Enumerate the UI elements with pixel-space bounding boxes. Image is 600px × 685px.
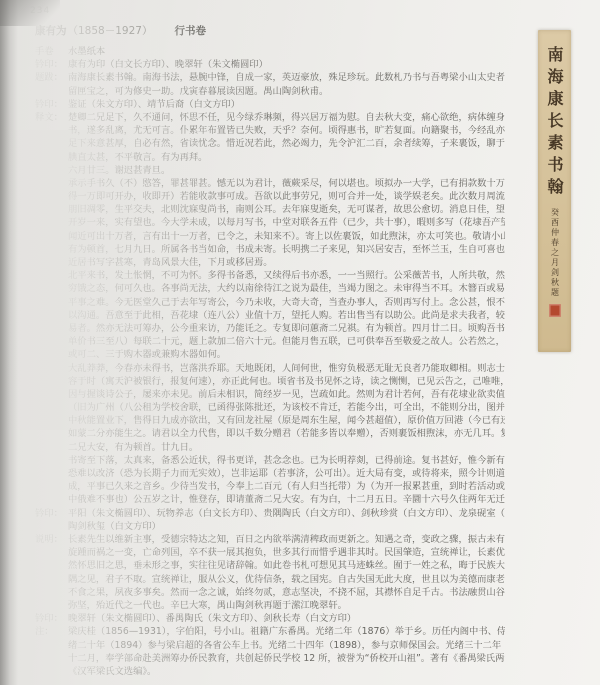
text-line: 容于时（寓天沪被银行，报复何速），亦正此何也。顷省书及书见怀之诗，读之恻恻，已见… [68, 375, 505, 388]
text-line: 因与握谈诗公子，屡来亦未见。前后未相识，简经岁一见，岂疏如此。然则为君计若何，吾… [68, 388, 505, 401]
title-slip-photo: 南海康长素书翰 癸酉仲春之月剑秋题 [538, 30, 571, 352]
text-line: 中秋能置业下，售得日九成亦欲出，又有回龙社屋（原是周东生屋，闻今甚超值），原价值… [68, 414, 505, 427]
text-line: 平事之难。今无医堂久己于去年写寄公，今乃未收，大奇大奇，当查办事人，否则再写付上… [68, 296, 505, 309]
text-line: 水墨纸本 [68, 45, 505, 58]
scan-gutter-shadow [0, 0, 18, 685]
paragraph-label: 钤印： [35, 58, 68, 71]
text-line: 然怀思旧之思，垂未形之事，实往往见诸辞翰。如此卷书札可想见其马迹蛛丝。囿于一姓之… [68, 559, 505, 572]
paragraph-label: 钤印： [35, 98, 68, 111]
text-line: （旧为广州（八公租为学校舍联，已函得张陈批还，为该校不肯迁，若能今出，可全出，不… [68, 401, 505, 414]
entry-paragraph: 钤印：鉴证（朱文方印）、靖节后裔（白文方印） [35, 98, 505, 111]
paragraph-label: 手卷 [35, 45, 68, 58]
entry-paragraph: 钤印：晚翠轩（朱文椭圆印）、番禺陶氏（朱文方印）、剑秋长寿（白文方印） [35, 612, 505, 625]
text-line: 旋踵而祸之一变，亡命列国，卒不获一展其抱负，世多其行而惜乎遇非其时。民国肇造，宣… [68, 546, 505, 559]
text-line: 得一万即可开办，收即开）若能收款事可成。吾欲以此事劳兄，则可合并一处，谈学娱老矣… [68, 190, 505, 203]
slip-colophon-inscription: 癸酉仲春之月剑秋题 [547, 208, 563, 298]
text-line: 承示手书久（不）愍答，罪甚罪甚。憾无以为君计，薇蕨采尽，何以堪也。顷拟办一大学，… [68, 177, 505, 190]
text-line: 北平来书，发土怅惘，不可为怀。多得书备悉，又续得后书亦悉，一一当照行。公采薇苦书… [68, 269, 505, 282]
scan-gutter-corner [0, 0, 60, 26]
text-line: 如蒙二分亦能生之。请君以全力代售，即以千数分赠君（若能多皆以奉赠），否则裹饭相煦… [68, 427, 505, 440]
text-line: 长素先生以维新主事，受德宗特达之知，百日之内欲举满清稗政而更新之。知遇之奇，变政… [68, 533, 505, 546]
text-line: 开岁一来，实有望也。今大学未成，以每月写书，中堂对联各五件（已少，共十事），暇则… [68, 216, 505, 229]
text-line: 留匣宝之，可为修史一助。戊寅春暮展读因题。禺山陶剑秋甫。 [68, 85, 505, 98]
entry-paragraph: 说明：长素先生以维新主事，受德宗特达之知，百日之内欲举满清稗政而更新之。知遇之奇… [35, 533, 505, 612]
text-line: 康有为印（白文长方印）、晚翠轩（朱文椭圆印） [68, 58, 505, 71]
text-line: 十二月，奉学部命赴美洲筹办侨民教育，共创起侨民学校 12 所，被誉为“侨校开山祖… [68, 652, 505, 665]
entry-paragraph: 注：梁庆桂（1856—1931），字伯阳，号小山。祖籍广东番禺。光绪二年（187… [35, 625, 505, 678]
text-line: 易者。然亦无法可筹办，公今重来访，乃能讬之。专复即问蕙斋二兄祺。有为顿首。四月廿… [68, 322, 505, 335]
artist-dates: （1858－1927） [68, 25, 153, 37]
text-line: 中俄难不事也）公五岁之计，惟登存，即请董斋二兄大安。有为白，十二月五日。辛圜十六… [68, 493, 505, 506]
text-line: 六月廿三。谢迟甚青旦。 [68, 164, 505, 177]
text-line: 单价书三至八）每联二十元，题上款加二倍六十元。但能月售五联，已可供奉吾至敬爱之故… [68, 335, 505, 348]
text-line: 梁庆桂（1856—1931），字伯阳，号小山。祖籍广东番禺。光绪二年（1876）… [68, 625, 505, 638]
artist-name: 康有为 [35, 25, 67, 37]
paragraph-label: 注： [35, 625, 68, 678]
text-line: 书寄至下落，太真来，备悉公近状，得书更详，甚念念也。已为长明荐剡，已得前途。复书… [68, 454, 505, 467]
text-line: 陶剑秋玺（白文方印） [68, 520, 505, 533]
text-line: 隅之见，君子不取。宣统禅让，服从公义，优待信条，载之国宪。自古失国无此大度，世且… [68, 573, 505, 586]
text-line: 绪二十年（1894）参与梁启超的各省公车上书。光绪二十四年（1898），参与京师… [68, 639, 505, 652]
text-line: 腆直太甚，不平敬言。有为再拜。 [68, 151, 505, 164]
text-line: 晚翠轩（朱文椭圆印）、番禺陶氏（朱文方印）、剑秋长寿（白文方印） [68, 612, 505, 625]
entry-paragraph: 钤印：平阳（朱文椭圆印）、玩物养志（白文长方印）、贵隅陶氏（白文方印）、剑秋珍赏… [35, 507, 505, 533]
text-line: 朋旧凋零，生平交夫，北则沈寐叟尚书，南则公耳。去年寐叟逝矣，无可谋者，故思公愈切… [68, 203, 505, 216]
red-seal-stamp [549, 304, 561, 317]
work-title: 行书卷 [174, 25, 206, 37]
text-line: 南海康长素书翰。南海书法，悬腕中锋，自成一家，英迈豪放，殊足珍玩。此数札乃书与吾… [68, 71, 505, 84]
slip-calligraphy-title: 南海康长素书翰 [538, 46, 571, 200]
entry-paragraph: 钤印：康有为印（白文长方印）、晚翠轩（朱文椭圆印） [35, 58, 505, 71]
text-line: 闻近可出十万者，言有出十一万者，已令之，未知来不）。寄上以佐裹饭，如此煦沫，亦太… [68, 230, 505, 243]
text-line: 恐难以改济（恐为长期子力而无实效），岂非运耶（若事济，公可出）。近大局有变，或待… [68, 467, 505, 480]
text-line: 足下来意甚厚，自必有然，省读忧念。惜近况若此，然必竭力，先令沪汇二百，余者续筹，… [68, 137, 505, 150]
entry-paragraph: 释文：楚卿二兄足下，久不通问，怀思不任，见今绿乔琳频，得兴居万福为慰。自去秋大变… [35, 111, 505, 507]
scanned-catalog-page: 234 康有为（1858－1927）行书卷 手卷水墨纸本钤印：康有为印（白文长方… [0, 0, 600, 685]
text-line: 有为顿首，七月九日。所属各书当如命，书成未寄。长明携二子来见，知兴居安吉，至怀兰… [68, 243, 505, 256]
text-line: 成，平事已久来之音乡。少待当发书，今奉上二百元（有人归当托带）为（为开一报累甚重… [68, 480, 505, 493]
paragraph-label: 释文： [35, 111, 68, 507]
entry-paragraph: 题跋：南海康长素书翰。南海书法，悬腕中锋，自成一家，英迈豪放，殊足珍玩。此数札乃… [35, 71, 505, 97]
paragraph-label: 钤印： [35, 507, 68, 533]
text-line: 大乱莽莽，今春亦未得书，岂落洪乔耶。天地既闭，人间何世，惟穷负极恶无耻无良者乃能… [68, 362, 505, 375]
entry-paragraph: 手卷水墨纸本 [35, 45, 505, 58]
catalog-entry-text: 手卷水墨纸本钤印：康有为印（白文长方印）、晚翠轩（朱文椭圆印）题跋：南海康长素书… [35, 45, 505, 678]
text-line: 不食之果，夙夜多事矣。然而一念之诚，始终勿贰，意志坚决，不挠不屈，其襟怀自足千古… [68, 586, 505, 599]
text-line: 以沟通。吾意至于此相，吾花埭（连八公）业值十万，望托人购。若出售当有以助公。此尚… [68, 309, 505, 322]
text-line: 二兄大安，有为顿首。廿九日。 [68, 441, 505, 454]
paragraph-label: 钤印： [35, 612, 68, 625]
text-line: 鉴证（朱文方印）、靖节后裔（白文方印） [68, 98, 505, 111]
paragraph-label: 题跋： [35, 71, 68, 97]
paragraph-label: 说明： [35, 533, 68, 612]
text-line: 近居书写字甚寒，青岛风景大佳，下月或移居焉。 [68, 256, 505, 269]
text-line: 或可二、三于购木器或兼购木器如何。 [68, 348, 505, 361]
entry-header: 康有为（1858－1927）行书卷 [35, 23, 206, 38]
text-line: 穷饿之态，何可久也。各事尚无法，大约以南徐待江之说为最佳，当竭力图之。未审得当不… [68, 282, 505, 295]
text-line: 平阳（朱文椭圆印）、玩物养志（白文长方印）、贵隅陶氏（白文方印）、剑秋珍赏（白文… [68, 507, 505, 520]
text-line: 书，遂多乱离，尤无可言。仆累年布置皆已失败，天乎？奈何。顷得惠书，旷若复面。向籍… [68, 124, 505, 137]
text-line: 弥坚，殆近代之一代也。辛巳大寒，禺山陶剑秋再题于潆江晚翠轩。 [68, 599, 505, 612]
text-line: 《汉军梁氏文选编》。 [68, 665, 505, 678]
text-line: 楚卿二兄足下，久不通问，怀思不任，见今绿乔琳频，得兴居万福为慰。自去秋大变，痛心… [68, 111, 505, 124]
